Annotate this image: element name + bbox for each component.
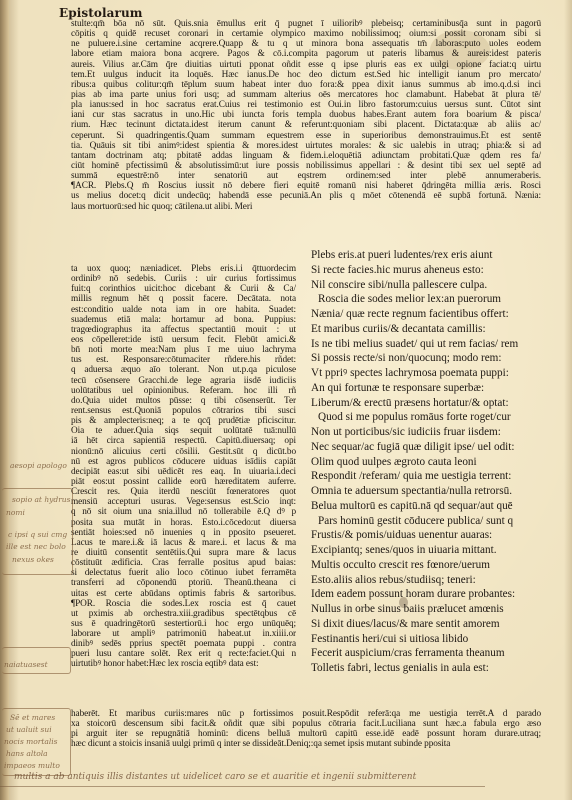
text-line: aureis. Vilius ar.Cām q̄re diuitias uirt… <box>71 60 541 70</box>
verse-line: Si dixit diues/lacus/& mare sentit amore… <box>311 617 572 632</box>
verse-line: Olim quod uulpes ægroto cauta leoni <box>311 455 572 470</box>
text-line: ut pximis ab orchestra.xiii.gradibus spe… <box>71 609 296 619</box>
text-line: transferri ad cōponendū ptoriū. Theanū.t… <box>71 578 296 588</box>
text-line: re diuitū consentit sentētiis.Qui supra … <box>71 548 296 558</box>
text-line: ta uox quoq; næniadicet. Plebs eris.i.i … <box>71 264 296 274</box>
verse-line: Is ne tibi melius suadet/ qui ut rem fac… <box>311 337 572 352</box>
text-line: tragœdiographus ita affectus spectantiū … <box>71 325 296 335</box>
verse-line: Idem eadem possunt horam durare probante… <box>311 587 572 602</box>
text-line: uirtutibꝰ honor habet:Hæc lex roscia eqt… <box>71 659 296 669</box>
text-line: q aduersa æquo aīo tolerant. Non ut.p.qa… <box>71 365 296 375</box>
verse-line: Festinantis heri/cui si uitiosa libido <box>311 632 572 647</box>
left-commentary-block: ta uox quoq; næniadicet. Plebs eris.i.i … <box>71 264 296 670</box>
text-line: ceperunt. Si quadringentis.Quam summam e… <box>71 131 541 141</box>
text-line: ribus:a quibus colitur:qm̄ tēplum suum h… <box>71 80 541 90</box>
verse-line: Multis occulto crescit res fœnore/uerum <box>311 558 572 573</box>
verse-line: Si possis recte/si non/quocunq; modo rem… <box>311 351 572 366</box>
text-line: us melius docet:q dicit undecūq; habendā… <box>71 191 541 201</box>
text-line: cōpitis q quidē recuset coronari in cert… <box>71 29 541 39</box>
text-line: pis & amplecteris:neq; a te qcq̄ prudēti… <box>71 416 296 426</box>
text-line: ordinibꝰ nō sedebis. Curiis : uir curius… <box>71 274 296 284</box>
text-line: millis regnum hēt q possit facere. Decāt… <box>71 294 296 304</box>
verse-line: Respondit /referam/ quia me uestigia ter… <box>311 469 572 484</box>
text-line: eos cōpelleret:ide istū uersum fecit. Fl… <box>71 335 296 345</box>
verse-line: Frustis/& pomis/uiduas uenentur auaras: <box>311 528 572 543</box>
verse-line: Pars hominū gestit cōducere publica/ sun… <box>311 514 572 529</box>
gutter-shadow <box>9 0 19 800</box>
bottom-marginal-note: multis a ab antiquis illis distantes ut … <box>14 773 416 782</box>
verse-line: Nil conscire sibi/nulla pallescere culpa… <box>311 278 572 293</box>
text-line: iā hēt circa sapientiā respectū. Capitū.… <box>71 436 296 446</box>
marginal-bracket <box>2 708 71 776</box>
running-head: Epistolarum <box>59 6 143 20</box>
text-line: est:conditio ualde nota iam in ore habit… <box>71 305 296 315</box>
text-line: pi arguit iter se repugnātiā hominū: dic… <box>71 729 541 739</box>
book-gutter <box>0 0 9 800</box>
text-line: bn̄ noti morte mea:Nam plus ī me uiuo la… <box>71 345 296 355</box>
text-line: summā equestrē:nō inter senatoriū aut eq… <box>71 171 541 181</box>
text-line: haberēt. Et maribus curiis:mares nūc p f… <box>71 709 541 719</box>
text-line: rium. Hæc tecinunt dictata.idest iterum … <box>71 120 541 130</box>
verse-line: Roscia die sodes melior lex:an puerorum <box>311 292 572 307</box>
text-line: ¶POR. Roscia die sodes.Lex roscia est q̄… <box>71 599 296 609</box>
text-line: uolūtatibus uel opinionibus. Referam. ho… <box>71 386 296 396</box>
text-line: nionū:nō alicuius certi cōsilii. Gestit.… <box>71 447 296 457</box>
text-line: hæc dicunt a stoicis insaniā uulgi primū… <box>71 739 541 749</box>
text-line: posita sua mutāt in horas. Esto.i.cōcedo… <box>71 518 296 528</box>
text-line: Oia te aduer.Quia siqs sequit uolūtatē t… <box>71 426 296 436</box>
verse-line: An qui fortunæ te responsare superbæ: <box>311 381 572 396</box>
verse-line: Liberum/& erectū præsens hortatur/& opta… <box>311 396 572 411</box>
marginal-bracket <box>2 488 73 575</box>
text-line: Lacus te mare.i.& iā lacus & mare.i. et … <box>71 538 296 548</box>
verse-line: Si recte facies.hic murus aheneus esto: <box>311 263 572 278</box>
text-line: tem.Et uulgus inducit ita loquēs. Hæc ia… <box>71 70 541 80</box>
text-line: tia. Quāuis sit tibi animꝰ:idest spienti… <box>71 141 541 151</box>
text-line: rent.sensus est.Quoniā populos cōtrarios… <box>71 406 296 416</box>
text-line: xa stoicorū descensum sibi facit.& oñdit… <box>71 719 541 729</box>
text-line: pla ianus:sed in hoc sacratus erat.Cuius… <box>71 100 541 110</box>
text-line: tecū cōsensere Gracchi.de lege agraria i… <box>71 376 296 386</box>
verse-line: Vt ppriꝰ spectes lachrymosa poemata pupp… <box>311 366 572 381</box>
horace-verse-block: Plebs eris.at pueri ludentes/rex eris ai… <box>311 248 572 676</box>
verse-line: Et maribus curiis/& decantata camillis: <box>311 322 572 337</box>
text-line: stulte:qm̄ bōa nō sūt. Quis.snia ēmullus… <box>71 19 541 29</box>
verse-line: Esto.aliis alios rebus/studiisq; teneri: <box>311 573 572 588</box>
text-line: ¶ACR. Plebs.Q m̄ Roscius iussit nō deber… <box>71 181 541 191</box>
annotation-underline <box>0 786 485 787</box>
text-line: labore etiam maiora bona acqrere. Pagos … <box>71 49 541 59</box>
text-line: decipiāt eas:ut sibi uēdicēt res eaq. In… <box>71 467 296 477</box>
verse-line: Fecerit auspicium/cras ferramenta theanu… <box>311 646 572 661</box>
text-line: iani cur stas sacratus in uno.Hic ubi iu… <box>71 110 541 120</box>
text-line: q nō sit oium una snia.illud nō tollerab… <box>71 507 296 517</box>
marginal-note: aesopi apologo <box>10 461 67 470</box>
text-line: si delectatus fuerit alio loco cōtinuo i… <box>71 568 296 578</box>
text-line: laborare ut ampliꝰ patrimoniū habeat.ut … <box>71 629 296 639</box>
text-line: ne puluere.i.sine certamine acqrere.Quap… <box>71 39 541 49</box>
text-line: pueri lusu cantare solēt. Rex erit q rec… <box>71 649 296 659</box>
verse-line: Excipiantq; senes/quos in uiuaria mittan… <box>311 543 572 558</box>
text-line: cōstituūt ædificia. Cras ferralle positu… <box>71 558 296 568</box>
text-line: dinibꝰ sedēs pprius spectēt poemata pupp… <box>71 639 296 649</box>
verse-line: Tolletis fabri, lectus genialis in aula … <box>311 661 572 676</box>
verse-line: Omnia te aduersum spectantia/nulla retro… <box>311 484 572 499</box>
text-line: sentiāt hoies:sed nō inuenies q in pposi… <box>71 528 296 538</box>
text-line: piāt eos:ut possint callide eorū hæredit… <box>71 477 296 487</box>
text-line: fuit:q corinthios uicit:hoc dicebant & C… <box>71 284 296 294</box>
text-line: nū est agros publicos cōducere uiduas is… <box>71 457 296 467</box>
verse-line: Quod si me populus romāus forte roget/cu… <box>311 410 572 425</box>
text-line: uitas est certe abūdans optimis fabris &… <box>71 589 296 599</box>
top-commentary-block: stulte:qm̄ bōa nō sūt. Quis.snia ēmullus… <box>71 19 541 212</box>
verse-line: Nec sequar/ac fugiā quæ diligit ipse/ ue… <box>311 440 572 455</box>
text-line: pias ab ima parte unius fori usq; ad sum… <box>71 90 541 100</box>
verse-line: Nullus in orbe sinus baiis prælucet amœn… <box>311 602 572 617</box>
verse-line: Belua multorū es capitū.nā qd sequar/aut… <box>311 499 572 514</box>
text-line: Crescit res. Quia iterdū nesciūt fœnerat… <box>71 487 296 497</box>
verse-line: Plebs eris.at pueri ludentes/rex eris ai… <box>311 248 572 263</box>
text-line: mensiū accepturi usuras. Vege:sensus est… <box>71 497 296 507</box>
verse-line: Nænia/ quæ recte regnum facientibus offe… <box>311 307 572 322</box>
verse-line: Non ut porticibus/sic iudiciis fruar iis… <box>311 425 572 440</box>
text-line: tantam doctrinam atq; pbitatē addas ling… <box>71 151 541 161</box>
text-line: laus mortuorū:sed hic quoq; cātilena.ut … <box>71 202 541 212</box>
bottom-commentary-block: haberēt. Et maribus curiis:mares nūc p f… <box>71 709 541 750</box>
text-line: do.Quia uidet multos pūsse: q tibi cōsen… <box>71 396 296 406</box>
marginal-bracket <box>2 647 71 674</box>
text-line: ciūt hominē pfectissimū & absolutissimū:… <box>71 161 541 171</box>
text-line: tus est. Responsare:cōtumaciter rñdere.h… <box>71 355 296 365</box>
text-line: sus ē quadringētorū sestertiorū.i hoc er… <box>71 619 296 629</box>
text-line: suademus etiā mala: hortamur ad bona. Pu… <box>71 315 296 325</box>
